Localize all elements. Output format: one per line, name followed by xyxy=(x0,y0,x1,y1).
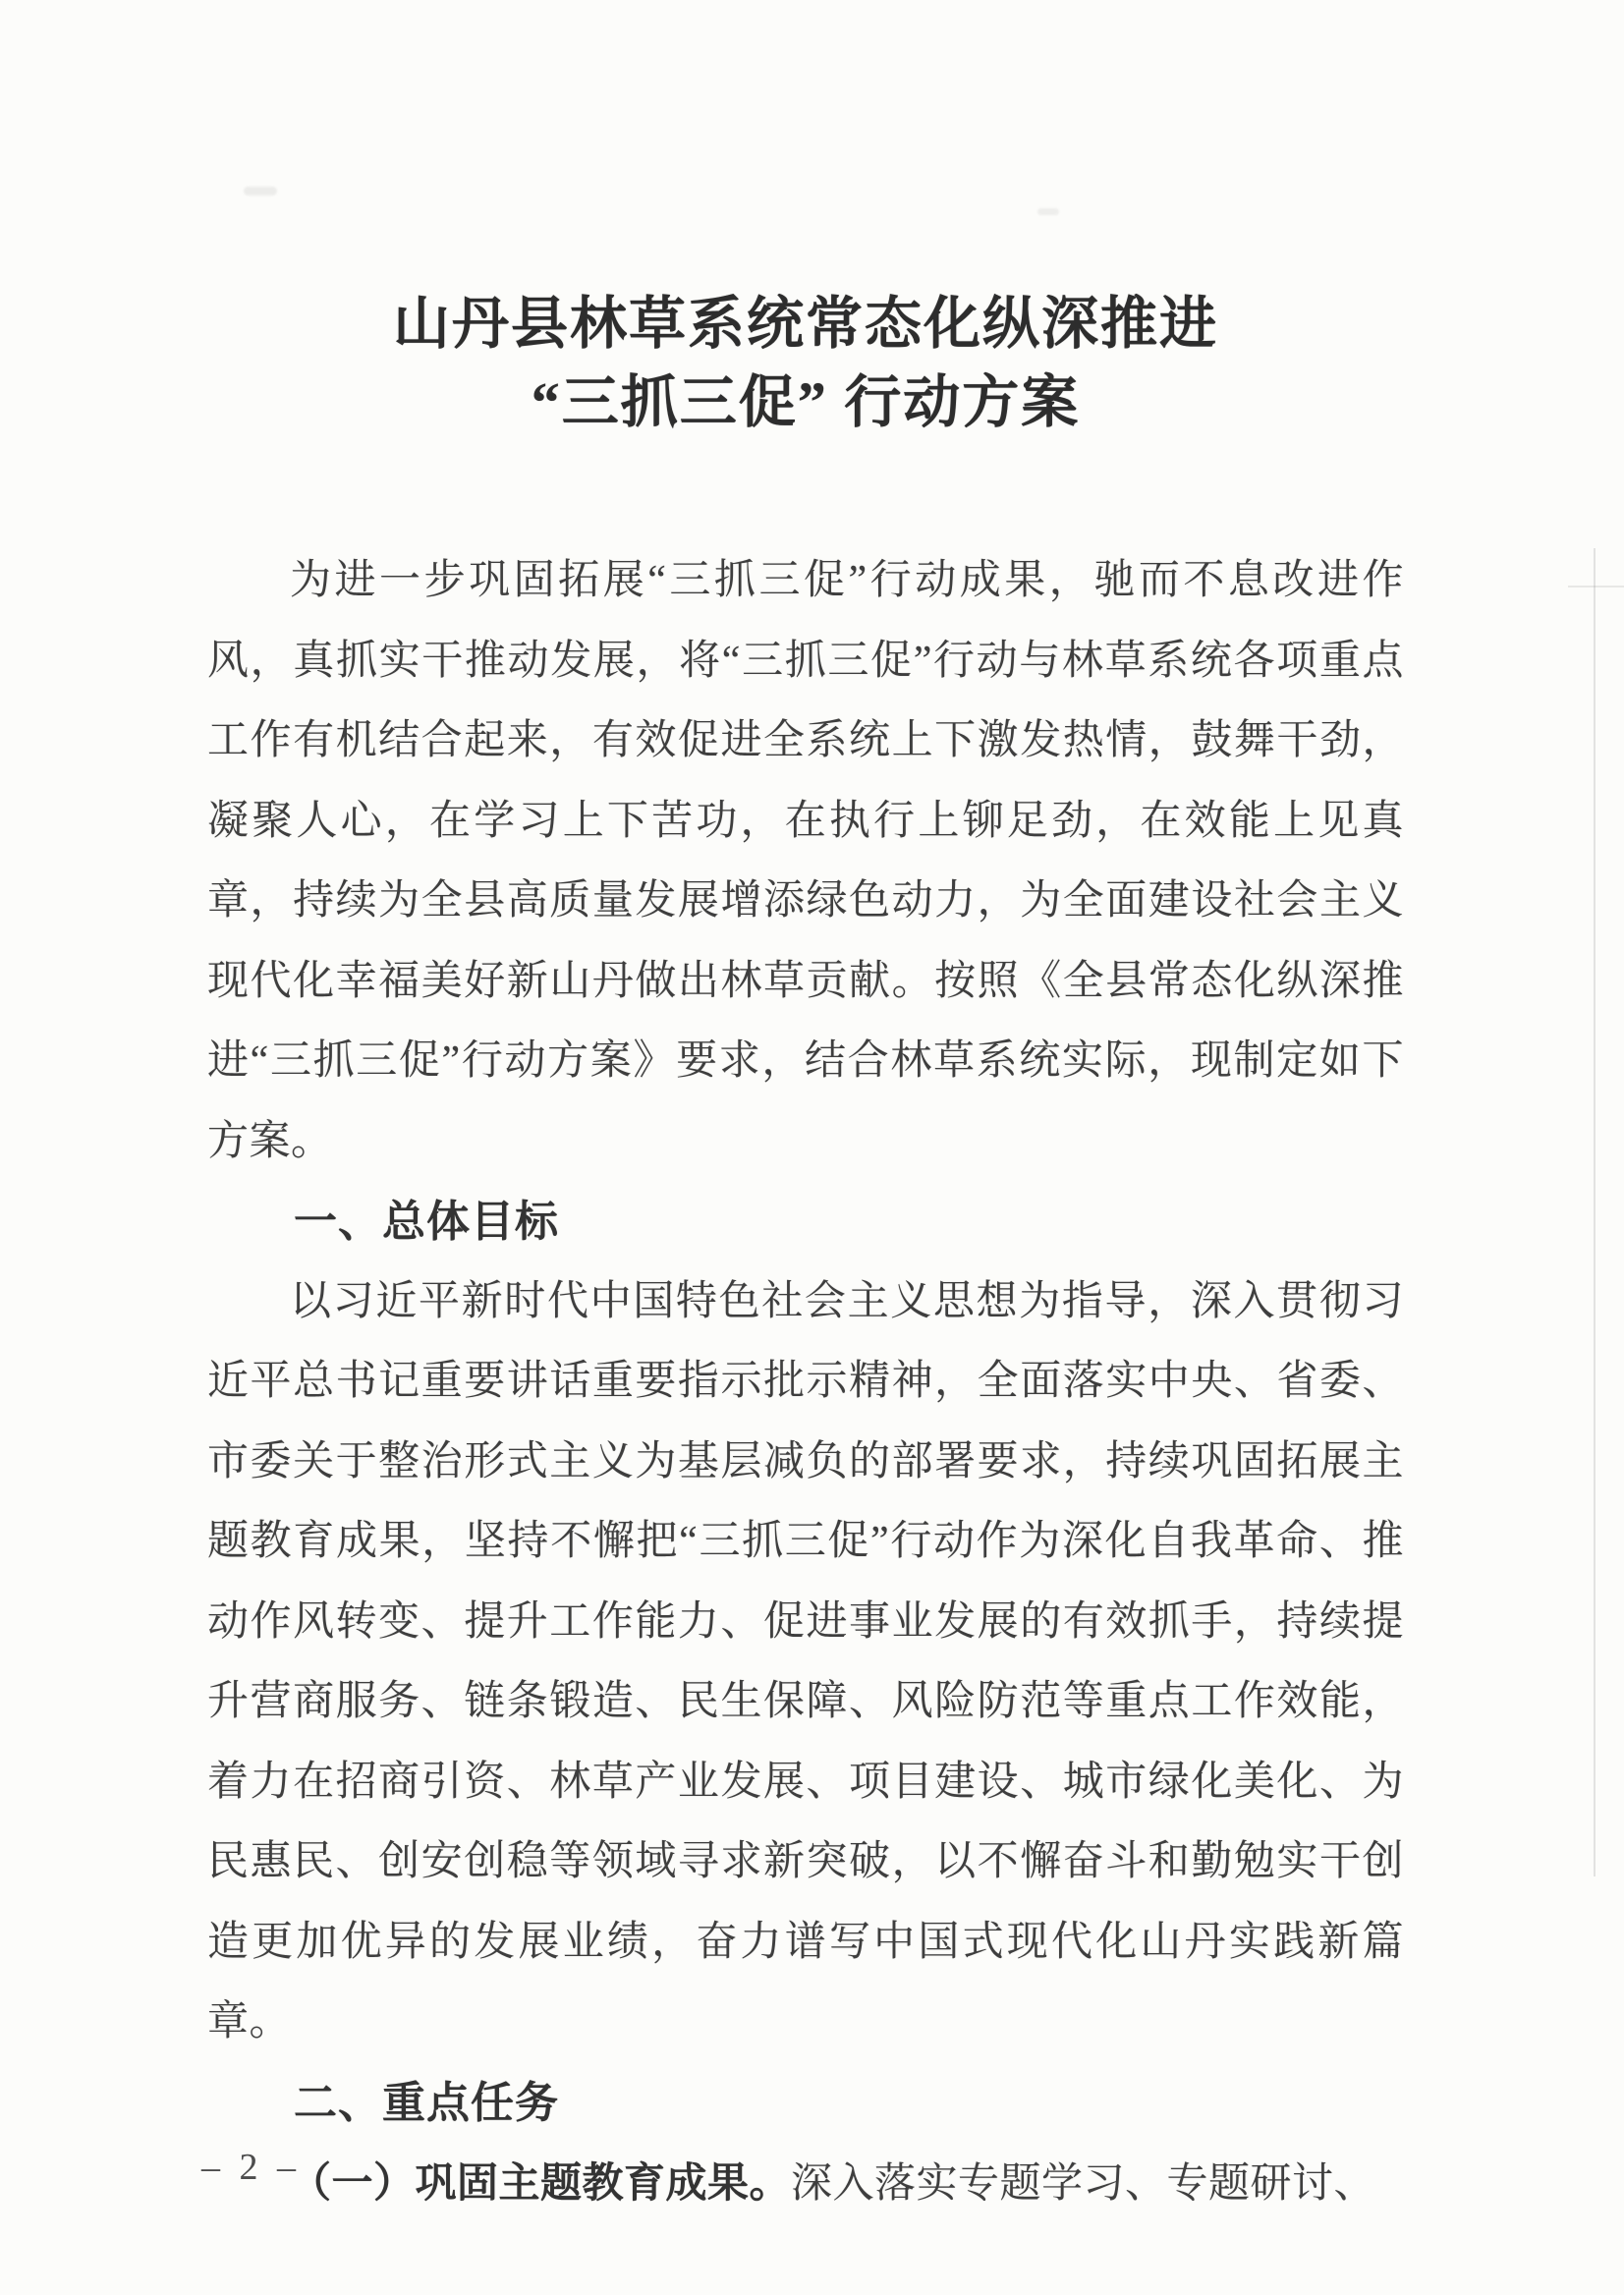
scan-artifact-horizontal-tick xyxy=(1568,586,1624,588)
scan-artifact-vertical-line xyxy=(1594,548,1596,1876)
document-title: 山丹县林草系统常态化纵深推进 “三抓三促” 行动方案 xyxy=(207,285,1404,442)
scan-artifact-speck xyxy=(244,187,277,196)
intro-paragraph: 为进一步巩固拓展“三抓三促”行动成果，驰而不息改进作风，真抓实干推动发展，将“三… xyxy=(207,541,1404,1182)
key-task-item-1-paragraph: （一）巩固主题教育成果。深入落实专题学习、专题研讨、 xyxy=(207,2143,1404,2225)
overall-goal-paragraph: 以习近平新时代中国特色社会主义思想为指导，深入贯彻习近平总书记重要讲话重要指示批… xyxy=(207,1262,1404,2063)
scan-artifact-speck xyxy=(1037,208,1059,215)
section-heading-key-tasks: 二、重点任务 xyxy=(207,2063,1404,2144)
key-task-item-1-lead: （一）巩固主题教育成果。 xyxy=(290,2159,791,2206)
page-number: – 2 – xyxy=(201,2146,301,2189)
document-title-line-2: “三抓三促” 行动方案 xyxy=(207,364,1404,442)
key-task-item-1-text: 深入落实专题学习、专题研讨、 xyxy=(791,2161,1375,2207)
section-heading-overall-goal: 一、总体目标 xyxy=(207,1182,1404,1262)
document-title-line-1: 山丹县林草系统常态化纵深推进 xyxy=(207,285,1404,364)
document-page: 山丹县林草系统常态化纵深推进 “三抓三促” 行动方案 为进一步巩固拓展“三抓三促… xyxy=(0,0,1624,2295)
document-body: 为进一步巩固拓展“三抓三促”行动成果，驰而不息改进作风，真抓实干推动发展，将“三… xyxy=(207,541,1404,2225)
